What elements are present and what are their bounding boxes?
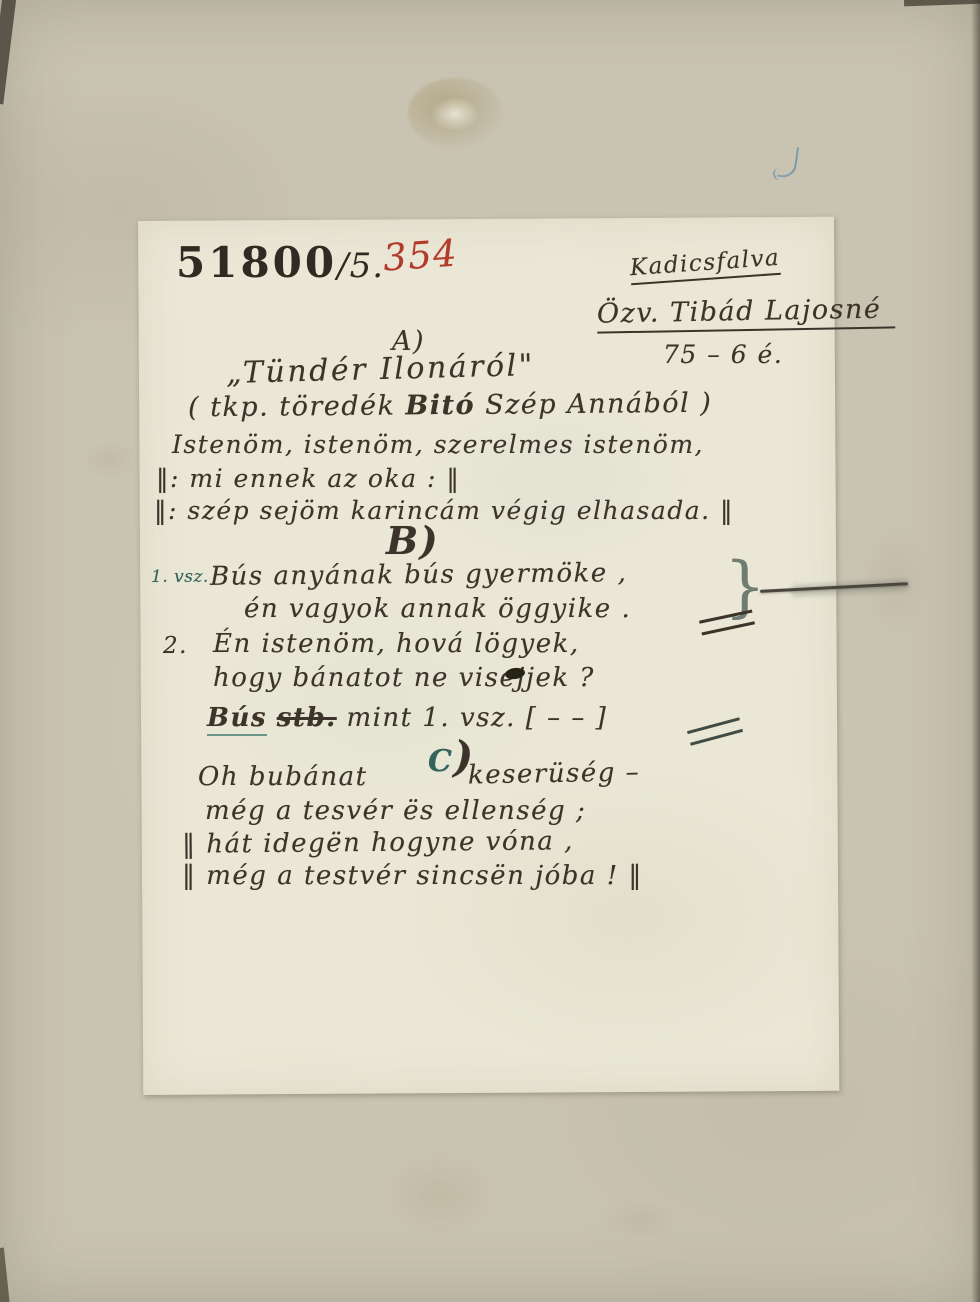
stain-brown: [408, 78, 503, 148]
verse-line: hogy bánatot ne visejjek ?: [213, 663, 595, 693]
subtitle-source-name: Bitó: [405, 390, 475, 422]
scan-edge-right: [971, 0, 980, 1302]
verse-line: még a tesvér ës ellenség ;: [205, 796, 586, 826]
blue-ink-mark: [772, 167, 786, 181]
verse-line: Bús anyának bús gyermöke ,: [210, 558, 628, 592]
inventory-number: 51800/5.: [176, 238, 384, 287]
scan-edge-top-left: [0, 0, 17, 104]
verse-line-part: Oh bubánat: [198, 762, 368, 792]
verse-line: ‖: szép sejöm karincám végig elhasada. ‖: [154, 496, 734, 525]
song-subtitle: ( tkp. töredék Bitó Szép Annából ): [188, 388, 713, 424]
note-struck-word: stb.: [277, 703, 337, 733]
subtitle-rest: Szép Annából ): [475, 388, 713, 421]
note-underlined-word: Bús: [207, 703, 267, 736]
stain-soft: [600, 1200, 680, 1240]
page-number-red: 354: [382, 231, 460, 279]
inventory-number-suffix: /5.: [337, 246, 384, 286]
verse2-marker: 2.: [163, 633, 188, 659]
note-rest: mint 1. vsz. [ – – ]: [337, 703, 608, 733]
stain-soft: [380, 1150, 500, 1240]
scanned-document-page: 51800/5. 354 Kadicsfalva Özv. Tibád Lajo…: [0, 0, 980, 1302]
verse-line: ‖ hát idegën hogyne vóna ,: [182, 826, 574, 859]
informant-age: 75 – 6 é.: [663, 340, 783, 369]
verse-line: ‖: mi ennek az oka : ‖: [156, 464, 460, 493]
reference-note: Bús stb. mint 1. vsz. [ – – ]: [207, 703, 607, 733]
scan-edge-bottom-left: [0, 1248, 10, 1302]
inventory-number-main: 51800: [176, 238, 337, 287]
verse-line: Én istenöm, hová lögyek,: [213, 629, 580, 659]
scan-edge-top-right: [904, 0, 980, 6]
section-c-letter: C: [428, 744, 453, 779]
verse1-marker: 1. vsz.: [151, 567, 209, 587]
verse-line: én vagyok annak öggyike .: [244, 594, 631, 624]
verse-line: Istenöm, istenöm, szerelmes istenöm,: [172, 430, 704, 459]
subtitle-open: ( tkp. töredék: [188, 390, 406, 423]
verse-line: ‖ még a testvér sincsën jóba ! ‖: [182, 861, 643, 891]
informant-name: Özv. Tibád Lajosné: [597, 293, 896, 333]
section-b-label: B): [386, 518, 439, 563]
stain-brown-core: [432, 98, 478, 130]
verse-line-part: keserüség –: [468, 757, 641, 790]
stain-soft: [80, 440, 140, 480]
